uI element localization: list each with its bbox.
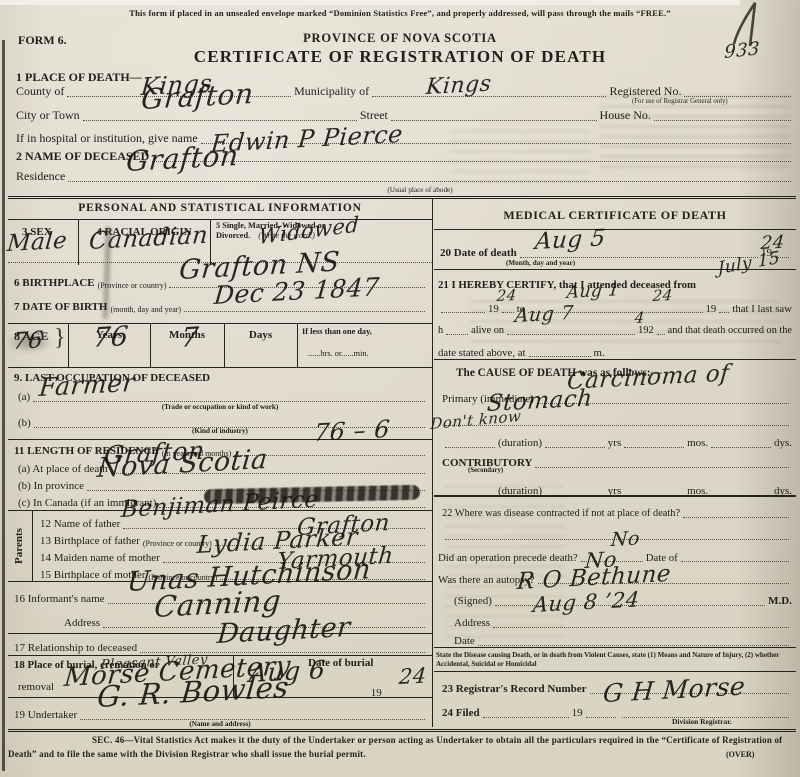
address-row: Address <box>454 615 792 630</box>
dotted-leader <box>68 179 791 182</box>
dotted-leader <box>83 118 357 121</box>
rule <box>8 323 432 324</box>
dotted-leader <box>684 94 791 97</box>
hw-alive-date: Aug 7 <box>514 304 574 326</box>
hw-certify-from-year: 24 <box>496 288 517 304</box>
filed-year-printed: 19 <box>572 707 583 720</box>
violent-causes-note: State the Disease causing Death, or in d… <box>436 651 792 670</box>
informant-address-label: Address <box>64 617 100 630</box>
hw-certify-to-year: 24 <box>652 288 673 304</box>
dod-note: (Month, day and year) <box>506 259 575 267</box>
over-note: (OVER) <box>726 750 754 759</box>
county-row: County of Municipality of Registered No. <box>16 84 794 99</box>
county-label: County of <box>16 85 64 99</box>
certify-line3: h alive on 192 and that death occurred o… <box>438 322 792 337</box>
dotted-leader <box>529 354 591 357</box>
dob-label: 7 DATE OF BIRTH <box>14 301 107 314</box>
dotted-leader <box>654 118 791 121</box>
dob-note: (month, day and year) <box>110 305 181 314</box>
rule <box>434 647 796 648</box>
hw-age-value: 76 <box>12 329 44 354</box>
scan-top-white <box>0 0 740 5</box>
sec46-notice: SEC. 46—Vital Statistics Act makes it th… <box>8 734 790 761</box>
dotted-leader <box>441 310 485 313</box>
main-form-box: PERSONAL AND STATISTICAL INFORMATION 3 S… <box>8 196 796 732</box>
mail-notice: This form if placed in an unsealed envel… <box>0 8 800 18</box>
dotted-leader <box>535 465 789 468</box>
birthplace-label: 6 BIRTHPLACE <box>14 277 95 290</box>
hw-burial-year: 24 <box>398 665 428 688</box>
filed-row: 24 Filed 19 <box>442 705 792 720</box>
certify-line4: date stated above, at m. <box>438 344 698 359</box>
rule <box>8 367 432 368</box>
mos-label: mos. <box>687 437 708 450</box>
dotted-leader <box>586 715 616 718</box>
md-label: M.D. <box>768 595 792 608</box>
province-heading: PROVINCE OF NOVA SCOTIA <box>0 31 800 46</box>
city-label: City or Town <box>16 109 80 123</box>
medical-heading: MEDICAL CERTIFICATE OF DEATH <box>434 208 796 223</box>
hw-serial-number: 933 <box>724 40 760 62</box>
year-printed: 19 <box>706 303 717 315</box>
father-birthplace-label: 13 Birthplace of father <box>40 535 140 548</box>
duration-row: (duration) yrs mos. dys. <box>442 435 792 450</box>
hw-residence-b: Nova Scotia <box>96 446 269 482</box>
age-days-label: Days <box>224 329 297 341</box>
hw-city-value: Grafton <box>140 80 255 114</box>
municipality-label: Municipality of <box>294 85 369 99</box>
dys-label: dys. <box>774 437 792 450</box>
father-label: 12 Name of father <box>40 518 120 531</box>
relationship-label: 17 Relationship to deceased <box>14 642 137 655</box>
filed-label: 24 Filed <box>442 707 480 720</box>
parents-divider <box>32 510 33 581</box>
personal-section: PERSONAL AND STATISTICAL INFORMATION 3 S… <box>8 199 432 727</box>
hw-municipality-value: Kings <box>425 73 492 99</box>
contributory-note: (Secondary) <box>468 467 503 474</box>
certify-line2: 19 to 19 that I last saw <box>438 300 792 315</box>
marital-label-divorced: Divorced. <box>216 231 250 240</box>
dotted-leader <box>446 332 468 335</box>
age-brace: } <box>54 325 66 352</box>
dotted-leader <box>681 559 789 562</box>
q22-row: 22 Where was disease contracted if not a… <box>442 505 792 520</box>
cell-divider <box>297 323 298 367</box>
rule <box>434 359 796 360</box>
dotted-leader <box>683 515 789 518</box>
personal-heading: PERSONAL AND STATISTICAL INFORMATION <box>8 202 432 214</box>
certify-line2-end: that I last saw <box>732 303 792 315</box>
hw-signed-date: Aug 8 ’24 <box>532 589 640 616</box>
hw-registrar-signature: G H Morse <box>602 673 746 706</box>
alive-label: alive on <box>471 325 504 337</box>
registrar-record-label: 23 Registrar's Record Number <box>442 683 587 696</box>
hw-sex-value: Male <box>6 230 68 256</box>
dotted-leader <box>507 332 635 335</box>
certify-line4-label: date stated above, at <box>438 347 526 359</box>
rule <box>434 495 796 497</box>
dotted-leader <box>657 332 665 335</box>
undertaker-note: (Name and address) <box>8 720 432 728</box>
birthplace-note: (Province or country) <box>98 281 167 290</box>
rule <box>434 229 796 230</box>
hw-occupation-value: Farmer <box>38 370 136 400</box>
duration-label: (duration) <box>498 437 542 450</box>
dotted-leader <box>502 310 514 313</box>
scan-edge-left <box>2 40 5 771</box>
dotted-leader <box>711 445 771 448</box>
signed-label: (Signed) <box>454 595 492 608</box>
occupation-a-note: (Trade or occupation or kind of work) <box>8 403 432 411</box>
death-certificate-document: This form if placed in an unsealed envel… <box>0 0 800 777</box>
hw-certify-to: Aug 1 <box>566 282 620 302</box>
year192-printed: 192 <box>638 325 653 337</box>
registered-no-note: (For use of Registrar General only) <box>632 98 797 105</box>
division-registrar-title: Division Registrar. <box>672 717 732 726</box>
dotted-leader <box>33 399 425 402</box>
registered-no-label: Registered No. <box>609 85 681 99</box>
hw-residence-length: 76 – 6 <box>313 417 391 445</box>
dotted-leader <box>624 445 684 448</box>
hw-residence-value: Grafton <box>125 142 240 176</box>
place-of-death-heading: 1 PLACE OF DEATH— <box>16 70 142 85</box>
dotted-leader <box>391 118 597 121</box>
dotted-leader <box>152 159 791 162</box>
operation-label: Did an operation precede death? <box>438 552 578 564</box>
mother-label: 14 Maiden name of mother <box>40 552 160 565</box>
hw-age-months: 7 <box>180 324 200 352</box>
residence-label: Residence <box>16 170 65 184</box>
residence-b-label: (b) In province <box>18 480 84 493</box>
dotted-leader <box>478 643 789 646</box>
parents-side-label: Parents <box>13 516 27 576</box>
dotted-leader <box>445 445 495 448</box>
hw-date-of-death: Aug 5 <box>534 227 607 254</box>
residence-note: (Usual place of abode) <box>330 186 510 194</box>
dotted-leader <box>545 445 605 448</box>
certify-line4-end: m. <box>594 347 605 359</box>
address-label: Address <box>454 617 490 630</box>
dotted-leader <box>483 715 569 718</box>
informant-label: 16 Informant's name <box>14 593 105 606</box>
burial-removal-label: removal <box>18 681 54 693</box>
city-row: City or Town Street House No. <box>16 108 794 123</box>
hw-age-years: 76 <box>92 323 130 352</box>
alive-prefix: h <box>438 325 443 337</box>
residence-a-label: (a) At place of death <box>18 463 108 476</box>
certify-line3-end: and that death occurred on the <box>668 325 792 337</box>
document-title: CERTIFICATE OF REGISTRATION OF DEATH <box>0 47 800 67</box>
q22-label: 22 Where was disease contracted if not a… <box>442 508 680 520</box>
house-no-label: House No. <box>600 109 651 123</box>
dotted-leader <box>719 310 729 313</box>
dotted-leader <box>493 625 789 628</box>
date-row: Date <box>454 633 792 648</box>
yrs-label: yrs <box>608 437 621 450</box>
less-than-day-label: If less than one day, <box>302 327 430 336</box>
hw-alive-year: 4 <box>634 310 645 326</box>
less-than-day-units: ......hrs. or......min. <box>308 349 432 358</box>
hw-relationship-value: Daughter <box>216 614 352 648</box>
medical-section: MEDICAL CERTIFICATE OF DEATH 20 Date of … <box>434 199 796 727</box>
